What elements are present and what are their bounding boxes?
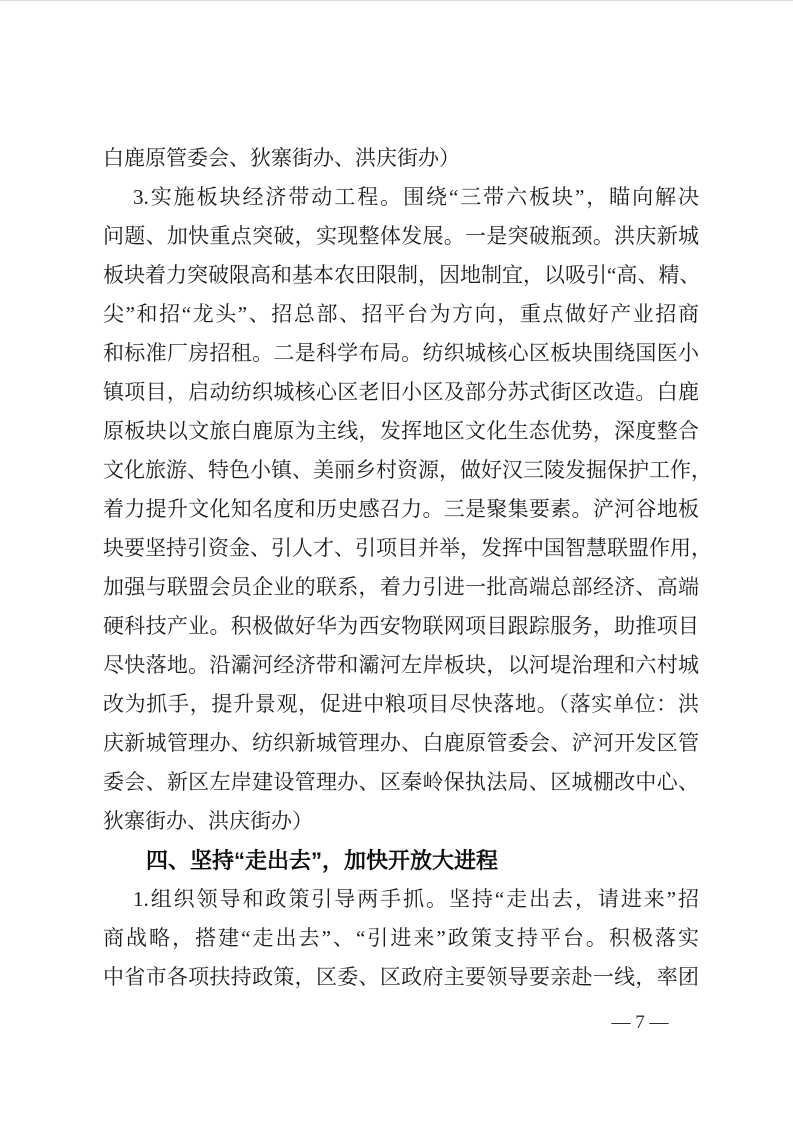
text-line: 问题、加快重点突破，实现整体发展。一是突破瓶颈。洪庆新城 bbox=[103, 217, 699, 256]
paragraph-start: 1.组织领导和政策引导两手抓。坚持“走出去，请进来”招 bbox=[103, 880, 699, 919]
document-body: 白鹿原管委会、狄寨街办、洪庆街办） 3.实施板块经济带动工程。围绕“三带六板块”… bbox=[103, 139, 699, 997]
text-line: 原板块以文旅白鹿原为主线，发挥地区文化生态优势，深度整合 bbox=[103, 412, 699, 451]
scan-edge-line bbox=[0, 0, 793, 1]
text-line: 板块着力突破限高和基本农田限制，因地制宜，以吸引“高、精、 bbox=[103, 256, 699, 295]
text-line: 改为抓手，提升景观，促进中粮项目尽快落地。（落实单位：洪 bbox=[103, 685, 699, 724]
text-line: 着力提升文化知名度和历史感召力。三是聚集要素。浐河谷地板 bbox=[103, 490, 699, 529]
text-line: 加强与联盟会员企业的联系，着力引进一批高端总部经济、高端 bbox=[103, 568, 699, 607]
text-line: 硬科技产业。积极做好华为西安物联网项目跟踪服务，助推项目 bbox=[103, 607, 699, 646]
text-line: 委会、新区左岸建设管理办、区秦岭保执法局、区城棚改中心、 bbox=[103, 763, 699, 802]
text-line: 和标准厂房招租。二是科学布局。纺织城核心区板块围绕国医小 bbox=[103, 334, 699, 373]
text-line: 尖”和招“龙头”、招总部、招平台为方向，重点做好产业招商 bbox=[103, 295, 699, 334]
text-line: 狄寨街办、洪庆街办） bbox=[103, 802, 699, 841]
section-heading: 四、坚持“走出去”，加快开放大进程 bbox=[103, 841, 699, 880]
text-line: 镇项目，启动纺织城核心区老旧小区及部分苏式街区改造。白鹿 bbox=[103, 373, 699, 412]
page-number: — 7 — bbox=[598, 1008, 682, 1038]
text-line: 文化旅游、特色小镇、美丽乡村资源，做好汉三陵发掘保护工作， bbox=[103, 451, 699, 490]
text-line: 中省市各项扶持政策，区委、区政府主要领导要亲赴一线，率团 bbox=[103, 958, 699, 997]
document-page: 白鹿原管委会、狄寨街办、洪庆街办） 3.实施板块经济带动工程。围绕“三带六板块”… bbox=[0, 0, 793, 1122]
text-line: 尽快落地。沿灞河经济带和灞河左岸板块，以河堤治理和六村城 bbox=[103, 646, 699, 685]
text-line: 白鹿原管委会、狄寨街办、洪庆街办） bbox=[103, 139, 699, 178]
text-line: 庆新城管理办、纺织新城管理办、白鹿原管委会、浐河开发区管 bbox=[103, 724, 699, 763]
text-line: 块要坚持引资金、引人才、引项目并举，发挥中国智慧联盟作用， bbox=[103, 529, 699, 568]
text-line: 商战略，搭建“走出去”、“引进来”政策支持平台。积极落实 bbox=[103, 919, 699, 958]
paragraph-start: 3.实施板块经济带动工程。围绕“三带六板块”，瞄向解决 bbox=[103, 178, 699, 217]
